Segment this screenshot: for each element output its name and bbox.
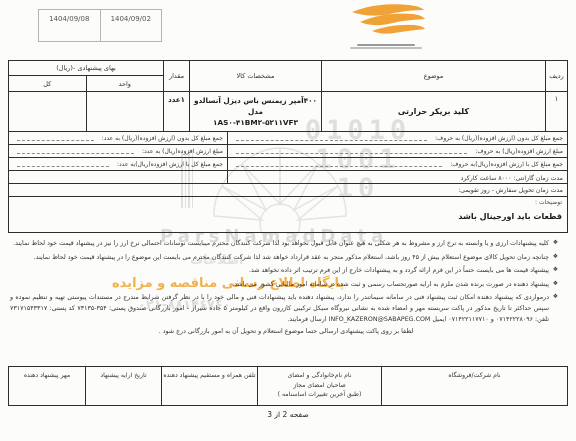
- date-cell-left: 1404/09/08: [39, 10, 101, 41]
- terms-section: ❖ کلیه پیشنهادات ارزی و یا وابسته به نرخ…: [10, 238, 562, 335]
- header-subject: موضوع: [321, 61, 545, 91]
- item-row: ۱ کلید بریکر حرارتی ۴۰۰آمپر زیمنس باس دی…: [9, 91, 567, 131]
- item-total-price: [9, 92, 86, 131]
- company-logo-icon: [346, 2, 426, 38]
- header-price-unit: واحد: [86, 76, 164, 91]
- header-radif: ردیف: [545, 61, 567, 91]
- logo-subcaption: [350, 47, 422, 49]
- total-without-vat-number-label: جمع مبلغ کل بدون (ارزش افزوده)(ریال) به …: [102, 135, 227, 142]
- company-logo: [344, 2, 428, 49]
- total-with-vat-words-field: [236, 161, 442, 168]
- bullet-icon: ❖: [549, 265, 562, 276]
- delivery-row: مدت زمان تحویل سفارش - روز تقویمی:: [9, 183, 567, 196]
- notes-label: توضیحات :: [14, 199, 562, 206]
- total-without-vat-words-label: جمع مبلغ کل بدون (ارزش افزوده)(ریال) به …: [435, 135, 567, 142]
- term-item-1: ❖ کلیه پیشنهادات ارزی و یا وابسته به نرخ…: [10, 238, 562, 249]
- item-radif: ۱: [545, 92, 567, 131]
- item-qty: ۱عدد: [163, 92, 189, 131]
- delivery-text: مدت زمان تحویل سفارش - روز تقویمی:: [458, 187, 567, 194]
- total-with-vat-number-label: جمع مبلغ کل با ارزش افزوده(ریال)به عدد:: [117, 161, 227, 168]
- bullet-icon: ❖: [549, 292, 562, 325]
- total-without-vat-row: جمع مبلغ کل بدون (ارزش افزوده)(ریال) به …: [9, 131, 567, 144]
- logo-caption: [357, 44, 415, 46]
- term-item-3: ❖ پیشنهاد قیمت ها می بایست حتماً در این …: [10, 265, 562, 276]
- total-with-vat-words-label: جمع مبلغ کل با ارزش افزوده(ریال)به حروف:: [450, 161, 567, 168]
- total-with-vat-row: جمع مبلغ کل با ارزش افزوده(ریال)به حروف:…: [9, 157, 567, 170]
- inquiry-table: ردیف موضوع مشخصات کالا مقدار بهای پیشنها…: [8, 60, 568, 233]
- item-subject: کلید بریکر حرارتی: [321, 92, 545, 131]
- sig-col-company-name: نام شرکت/فروشگاه: [381, 367, 567, 405]
- bullet-icon: ❖: [549, 252, 562, 263]
- guarantee-row: مدت زمان گارانتی: ۸۰۰۰ ساعت کارکرد: [9, 170, 567, 183]
- page-number: صفحه 2 از 3: [0, 410, 576, 419]
- header-specs: مشخصات کالا: [189, 61, 321, 91]
- total-with-vat-number-field: [17, 161, 109, 168]
- notes-highlight: قطعات باید اورجینال باشد: [14, 212, 562, 221]
- sig-col-phone: تلفن همراه و مستقیم پیشنهاد دهنده: [161, 367, 257, 405]
- total-without-vat-words-field: [236, 135, 427, 142]
- bullet-icon: ❖: [549, 279, 562, 290]
- total-without-vat-number-field: [17, 135, 94, 142]
- header-dates-table: 1404/09/08 1404/09/02: [38, 9, 162, 42]
- date-cell-right: 1404/09/02: [101, 10, 162, 41]
- terms-closing-note: لطفا بر روی پاکت پیشنهادی ارسالی حتما مو…: [10, 328, 562, 335]
- signature-table: نام شرکت/فروشگاه نام نام‌خانوادگی و امضا…: [8, 366, 568, 406]
- vat-words-label: مبلغ ارزش افزوده(ریال) به حروف:: [475, 148, 567, 155]
- header-price-group: بهای پیشنهادی -(ریال) واحد کل: [9, 61, 163, 91]
- item-specs: ۴۰۰آمپر زیمنس باس دیزل آنسالدو مدل ۱AS۰-…: [189, 92, 321, 131]
- item-unit-price: [86, 92, 164, 131]
- item-price-cells: [9, 92, 163, 131]
- item-specs-line1: ۴۰۰آمپر زیمنس باس دیزل آنسالدو مدل: [190, 95, 321, 118]
- term-item-5: ❖ درمواردی که پیشنهاد دهنده امکان ثبت پی…: [10, 292, 562, 325]
- vat-number-field: [17, 148, 134, 155]
- term-item-4: ❖ پیشنهاد دهنده در صورت برنده شدن ملزم ب…: [10, 279, 562, 290]
- vat-number-label: مبلغ ارزش افزوده(ریال) به عدد:: [142, 148, 227, 155]
- item-specs-model: ۱AS۰-۴۱BM۲-۵۲۱۱VF۳: [213, 117, 298, 128]
- guarantee-text: مدت زمان گارانتی: ۸۰۰۰ ساعت کارکرد: [457, 172, 567, 182]
- sig-col-date: تاریخ ارایه پیشنهاد: [85, 367, 161, 405]
- vat-amount-row: مبلغ ارزش افزوده(ریال) به حروف: مبلغ ارز…: [9, 144, 567, 157]
- notes-box: توضیحات : قطعات باید اورجینال باشد: [9, 196, 567, 232]
- sig-col-stamp: مهر پیشنهاد دهنده: [9, 367, 85, 405]
- vat-words-field: [236, 148, 467, 155]
- sig-col-signatories: نام نام‌خانوادگی و امضای صاحبان امضای مج…: [257, 367, 381, 405]
- term-item-2: ❖ چنانچه زمان تحویل کالای موضوع استعلام …: [10, 252, 562, 263]
- header-qty: مقدار: [163, 61, 189, 91]
- inquiry-table-header: ردیف موضوع مشخصات کالا مقدار بهای پیشنها…: [9, 61, 567, 91]
- header-price-total: کل: [9, 76, 86, 91]
- bullet-icon: ❖: [549, 238, 562, 249]
- header-price-label: بهای پیشنهادی -(ریال): [9, 61, 163, 76]
